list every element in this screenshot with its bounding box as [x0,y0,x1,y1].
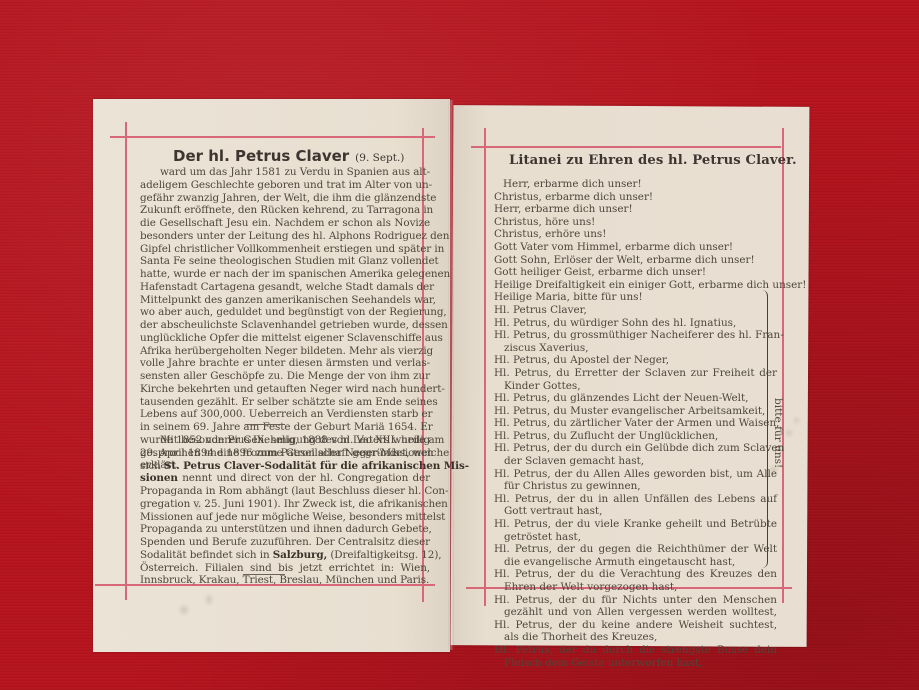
litany-line: Heilige Dreifaltigkeit ein einiger Gott,… [494,279,777,292]
litany-line: Hl. Petrus, du Muster evangelischer Arbe… [494,405,777,418]
litany-line: Gott Sohn, Erlöser der Welt, erbarme dic… [494,254,777,267]
biography-line: gefähr zwanzig Jahren, der Welt, die ihm… [140,192,430,205]
litany-line: Fleisch dem Geiste unterworfen hast, [494,657,777,670]
litany-line: Hl. Petrus, der du durch ein Gelübde dic… [494,442,777,455]
litany-line: Ehren der Welt vorgezogen hast, [494,581,777,594]
biography-line: ward um das Jahr 1581 zu Verdu in Spanie… [140,166,430,179]
litany-line: Hl. Petrus, du grossmüthiger Nacheiferer… [494,329,777,342]
biography-paragraph: ward um das Jahr 1581 zu Verdu in Spanie… [140,166,430,472]
litany-line: die evangelische Armuth eingetauscht has… [494,556,777,569]
sodality-line: sionen nennt und direct von der hl. Cong… [140,472,430,485]
biography-line: in seinem 69. Jahre am Feste der Geburt … [140,421,430,434]
biography-line: volle Jahre brachte er unter diesen ärms… [140,357,430,370]
biography-line: hatte, wurde er nach der im spanischen A… [140,268,430,281]
litany-line: Hl. Petrus Claver, [494,304,777,317]
biography-line: Afrika herübergeholten Neger bildeten. M… [140,345,430,358]
biography-line: sensten aller Geschöpfe zu. Die Menge de… [140,370,430,383]
litany-line: ziscus Xaverius, [494,342,777,355]
left-frame-left-rule [125,122,127,600]
biography-line: der abscheulichste Sclavenhandel getrieb… [140,319,430,332]
litany-line: Hl. Petrus, der du gegen die Reichthümer… [494,543,777,556]
left-page-title: Der hl. Petrus Claver(9. Sept.) [173,147,404,165]
litany-line: für Christus zu gewinnen, [494,480,777,493]
litany-line: Hl. Petrus, du Apostel der Neger, [494,354,777,367]
right-frame-top-rule [471,146,781,148]
biography-line: Gipfel christlicher Vollkommenheit ersti… [140,243,430,256]
biography-line: die Gesellschaft Jesu ein. Nachdem er sc… [140,217,430,230]
biography-line: wo aber auch, geduldet und begünstigt vo… [140,306,430,319]
right-frame-left-rule [484,128,486,606]
litany-line: gezählt und von Allen vergessen werden w… [494,606,777,619]
sodality-line: Propaganda zu unterstützen und ihnen dad… [140,523,430,536]
sodality-line: Spenden und Berufe zuzuführen. Der Centr… [140,536,430,549]
side-response-text: bitte für uns! [770,398,784,488]
sodality-line: Propaganda in Rom abhängt (laut Beschlus… [140,485,430,498]
bold-emphasis: Salzburg, [273,549,327,561]
sodality-line: Missionen auf jede nur mögliche Weise, b… [140,511,430,524]
center-fold [448,100,454,650]
paper-stain [195,504,201,510]
biography-line: besonders unter der Leitung des hl. Alph… [140,230,430,243]
biography-line: Zukunft eröffnete, den Rücken kehrend, z… [140,204,430,217]
bold-emphasis: St. Petrus Claver-Sodalität für die afri… [164,460,469,472]
paper-stain [206,595,212,604]
litany-line: getröstet hast, [494,531,777,544]
litany-line: Hl. Petrus, der du durch die strengste B… [494,644,777,657]
sodality-line: gregation v. 25. Juni 1901). Ihr Zweck i… [140,498,430,511]
biography-line: Mittelpunkt des ganzen amerikanischen Se… [140,294,430,307]
end-divider [243,574,285,575]
litany-line: Kinder Gottes, [494,380,777,393]
sodality-line: Österreich. Filialen sind bis jetzt erri… [140,562,430,575]
left-frame-top-rule [110,136,435,138]
litany-line: Herr, erbarme dich unser! [494,178,777,191]
litany-line: Hl. Petrus, du Erretter der Sclaven zur … [494,367,777,380]
litany-line: Christus, erbarme dich unser! [494,191,777,204]
litany-line: der Sclaven gemacht hast, [494,455,777,468]
section-divider [245,424,285,425]
litany-line: Hl. Petrus, der du Allen Alles geworden … [494,468,777,481]
biography-line: unglückliche Opfer die mittelst eigener … [140,332,430,345]
sodality-line: Innsbruck, Krakau, Triest, Breslau, Münc… [140,574,430,587]
litany-line: Hl. Petrus, der du in allen Unfällen des… [494,493,777,506]
paper-stain [180,606,188,614]
biography-line: Santa Fe seine theologischen Studien mit… [140,255,430,268]
litany-line: Hl. Petrus, du glänzendes Licht der Neue… [494,392,777,405]
litany-line: Gott heiliger Geist, erbarme dich unser! [494,266,777,279]
sodality-line: sich St. Petrus Claver-Sodalität für die… [140,460,430,473]
biography-line: Hafenstadt Cartagena gesandt, welche Sta… [140,281,430,294]
right-frame-right-rule [782,128,784,603]
sodality-paragraph: Mit besonderer Genehmigung des hl. Vater… [140,434,430,587]
response-bracket [759,290,768,568]
litany-line: Christus, höre uns! [494,216,777,229]
litany-line: Gott vertraut hast, [494,505,777,518]
paper-stain [786,430,792,436]
litany-line: Herr, erbarme dich unser! [494,203,777,216]
biography-line: Kirche bekehrten und getauften Neger wir… [140,383,430,396]
litany-line: Hl. Petrus, du Zuflucht der Unglückliche… [494,430,777,443]
saint-name-heading: Der hl. Petrus Claver [173,147,349,165]
litany-text: Herr, erbarme dich unser!Christus, erbar… [494,178,777,669]
litany-line: Hl. Petrus, der du die Verachtung des Kr… [494,568,777,581]
litany-title: Litanei zu Ehren des hl. Petrus Claver. [509,153,797,168]
litany-line: Hl. Petrus, du würdiger Sohn des hl. Ign… [494,317,777,330]
litany-line: Hl. Petrus, der du viele Kranke geheilt … [494,518,777,531]
sodality-line: Mit besonderer Genehmigung des hl. Vater… [140,434,430,447]
litany-line: Heilige Maria, bitte für uns! [494,291,777,304]
biography-line: adeligem Geschlechte geboren und trat im… [140,179,430,192]
litany-line: Hl. Petrus, du zärtlicher Vater der Arme… [494,417,777,430]
litany-line: Christus, erhöre uns! [494,228,777,241]
litany-line: Hl. Petrus, der du für Nichts unter den … [494,594,777,607]
feast-date: (9. Sept.) [355,152,404,164]
litany-line: als die Thorheit des Kreuzes, [494,631,777,644]
biography-line: tausenden gezählt. Er selber schätzte si… [140,396,430,409]
sodality-line: Sodalität befindet sich in Salzburg, (Dr… [140,549,430,562]
paper-stain [770,466,777,473]
litany-line: Gott Vater vom Himmel, erbarme dich unse… [494,241,777,254]
paper-stain [794,418,799,423]
sodality-line: 29. April 1894 eine fromme Gesellschaft … [140,447,430,460]
bold-emphasis: sionen [140,472,178,484]
litany-line: Hl. Petrus, der du keine andere Weisheit… [494,619,777,632]
biography-line: Lebens auf 300,000. Ueberreich an Verdie… [140,408,430,421]
